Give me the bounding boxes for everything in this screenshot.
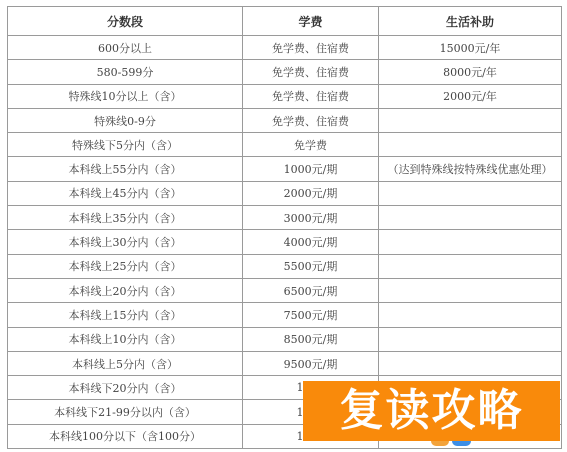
table-row: 本科线上5分内（含） 9500元/期	[8, 351, 562, 375]
table-row: 特殊线下5分内（含） 免学费	[8, 133, 562, 157]
cell-score: 本科线上20分内（含）	[8, 278, 243, 302]
table-row: 特殊线10分以上（含） 免学费、住宿费 2000元/年	[8, 84, 562, 108]
cell-score: 特殊线下5分内（含）	[8, 133, 243, 157]
cell-score: 特殊线0-9分	[8, 108, 243, 132]
cell-subsidy: 2000元/年	[379, 84, 562, 108]
cell-subsidy	[379, 327, 562, 351]
header-living-subsidy: 生活补助	[379, 7, 562, 36]
header-tuition: 学费	[243, 7, 379, 36]
table-row: 本科线上25分内（含） 5500元/期	[8, 254, 562, 278]
cell-subsidy	[379, 133, 562, 157]
cell-subsidy: 8000元/年	[379, 60, 562, 84]
table-row: 本科线上20分内（含） 6500元/期	[8, 278, 562, 302]
cell-score: 本科线下20分内（含）	[8, 376, 243, 400]
watermark-banner: 复读攻略	[303, 381, 560, 441]
cell-subsidy: 15000元/年	[379, 36, 562, 60]
table-row: 本科线上15分内（含） 7500元/期	[8, 303, 562, 327]
cell-subsidy	[379, 278, 562, 302]
cell-tuition: 免学费、住宿费	[243, 108, 379, 132]
cell-tuition: 免学费、住宿费	[243, 84, 379, 108]
table-header-row: 分数段 学费 生活补助	[8, 7, 562, 36]
cell-tuition: 免学费、住宿费	[243, 60, 379, 84]
cell-subsidy	[379, 230, 562, 254]
table-row: 本科线上30分内（含） 4000元/期	[8, 230, 562, 254]
table-row: 本科线上35分内（含） 3000元/期	[8, 206, 562, 230]
table-row: 本科线上55分内（含） 1000元/期 （达到特殊线按特殊线优惠处理）	[8, 157, 562, 181]
cell-subsidy	[379, 181, 562, 205]
cell-subsidy	[379, 254, 562, 278]
cell-tuition: 9500元/期	[243, 351, 379, 375]
cell-score: 600分以上	[8, 36, 243, 60]
table-row: 本科线上45分内（含） 2000元/期	[8, 181, 562, 205]
cell-subsidy: （达到特殊线按特殊线优惠处理）	[379, 157, 562, 181]
cell-tuition: 免学费、住宿费	[243, 36, 379, 60]
cell-tuition: 4000元/期	[243, 230, 379, 254]
cell-tuition: 3000元/期	[243, 206, 379, 230]
cell-score: 本科线上25分内（含）	[8, 254, 243, 278]
cell-tuition: 6500元/期	[243, 278, 379, 302]
logo-fragment-blue-icon	[452, 441, 471, 446]
logo-fragment-orange-icon	[431, 441, 449, 446]
table-row: 本科线上10分内（含） 8500元/期	[8, 327, 562, 351]
cell-score: 本科线上45分内（含）	[8, 181, 243, 205]
cell-score: 本科线上10分内（含）	[8, 327, 243, 351]
cell-tuition: 免学费	[243, 133, 379, 157]
cell-subsidy	[379, 108, 562, 132]
cell-tuition: 1000元/期	[243, 157, 379, 181]
table-row: 600分以上 免学费、住宿费 15000元/年	[8, 36, 562, 60]
cell-score: 580-599分	[8, 60, 243, 84]
cell-tuition: 8500元/期	[243, 327, 379, 351]
cell-score: 本科线下21-99分以内（含）	[8, 400, 243, 424]
cell-score: 特殊线10分以上（含）	[8, 84, 243, 108]
cell-tuition: 7500元/期	[243, 303, 379, 327]
cell-score: 本科线100分以下（含100分）	[8, 424, 243, 448]
cell-score: 本科线上35分内（含）	[8, 206, 243, 230]
cell-score: 本科线上30分内（含）	[8, 230, 243, 254]
table-row: 580-599分 免学费、住宿费 8000元/年	[8, 60, 562, 84]
cell-subsidy	[379, 206, 562, 230]
cell-score: 本科线上5分内（含）	[8, 351, 243, 375]
cell-tuition: 5500元/期	[243, 254, 379, 278]
table-row: 特殊线0-9分 免学费、住宿费	[8, 108, 562, 132]
header-score-range: 分数段	[8, 7, 243, 36]
cell-tuition: 2000元/期	[243, 181, 379, 205]
cell-subsidy	[379, 351, 562, 375]
cell-score: 本科线上55分内（含）	[8, 157, 243, 181]
cell-subsidy	[379, 303, 562, 327]
cell-score: 本科线上15分内（含）	[8, 303, 243, 327]
